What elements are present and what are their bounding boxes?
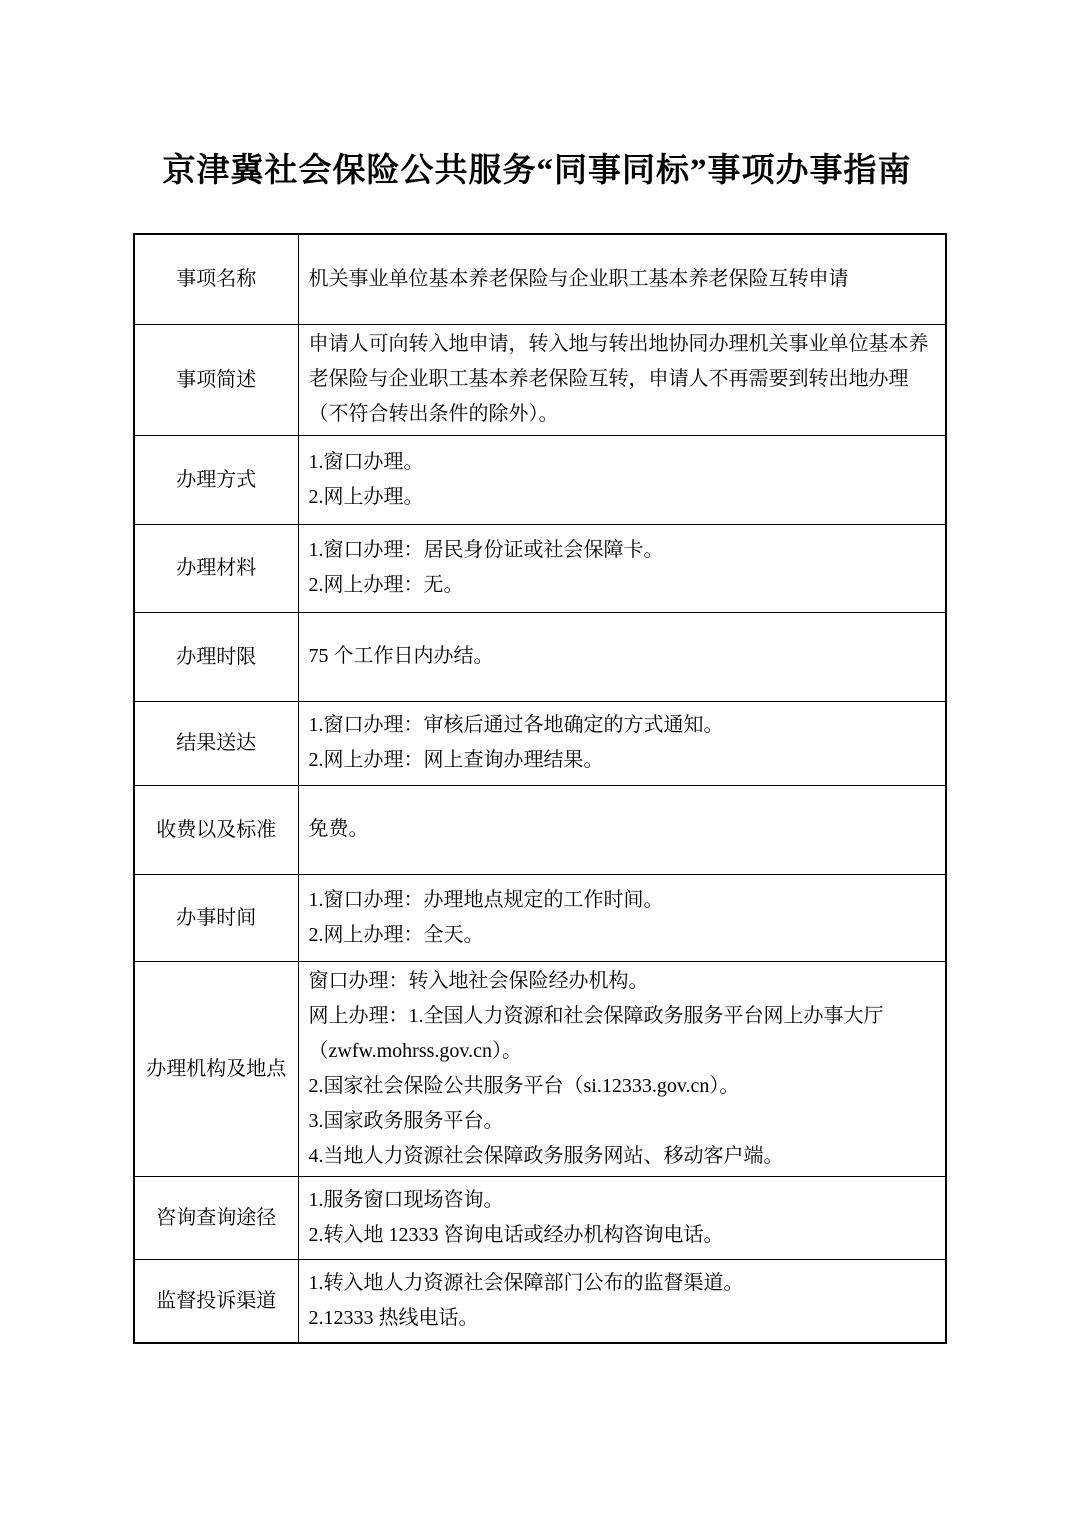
service-guide-table: 事项名称 机关事业单位基本养老保险与企业职工基本养老保险互转申请 事项简述 申请…	[133, 233, 947, 1344]
content-paragraph: 4.当地人力资源社会保障政务服务网站、移动客户端。	[309, 1139, 932, 1174]
table-row-fees-standard: 收费以及标准 免费。	[134, 785, 946, 874]
content-paragraph: 2.网上办理：全天。	[309, 918, 932, 953]
row-content: 1.窗口办理。 2.网上办理。	[298, 435, 946, 524]
row-label: 咨询查询途径	[134, 1176, 298, 1259]
content-paragraph: 网上办理：1.全国人力资源和社会保障政务服务平台网上办事大厅（zwfw.mohr…	[309, 999, 932, 1069]
content-paragraph: 2.网上办理：网上查询办理结果。	[309, 743, 932, 778]
table-row-handling-method: 办理方式 1.窗口办理。 2.网上办理。	[134, 435, 946, 524]
row-label: 办事时间	[134, 874, 298, 961]
row-content: 免费。	[298, 785, 946, 874]
table-row-agency-location: 办理机构及地点 窗口办理：转入地社会保险经办机构。 网上办理：1.全国人力资源和…	[134, 961, 946, 1176]
row-content: 1.窗口办理：审核后通过各地确定的方式通知。 2.网上办理：网上查询办理结果。	[298, 701, 946, 785]
content-paragraph: 75 个工作日内办结。	[309, 639, 932, 674]
row-label: 事项名称	[134, 234, 298, 324]
table-row-time-limit: 办理时限 75 个工作日内办结。	[134, 612, 946, 701]
content-paragraph: 申请人可向转入地申请，转入地与转出地协同办理机关事业单位基本养老保险与企业职工基…	[309, 327, 932, 432]
row-label: 办理材料	[134, 524, 298, 612]
document-page: 京津冀社会保险公共服务“同事同标”事项办事指南 事项名称 机关事业单位基本养老保…	[0, 0, 1074, 1520]
row-label: 办理方式	[134, 435, 298, 524]
content-paragraph: 1.窗口办理：居民身份证或社会保障卡。	[309, 533, 932, 568]
content-paragraph: 1.服务窗口现场咨询。	[309, 1183, 932, 1218]
table-row-result-delivery: 结果送达 1.窗口办理：审核后通过各地确定的方式通知。 2.网上办理：网上查询办…	[134, 701, 946, 785]
row-label: 办理时限	[134, 612, 298, 701]
table-row-item-summary: 事项简述 申请人可向转入地申请，转入地与转出地协同办理机关事业单位基本养老保险与…	[134, 324, 946, 435]
table-row-service-hours: 办事时间 1.窗口办理：办理地点规定的工作时间。 2.网上办理：全天。	[134, 874, 946, 961]
content-paragraph: 2.12333 热线电话。	[309, 1301, 932, 1336]
row-label: 结果送达	[134, 701, 298, 785]
content-paragraph: 2.网上办理。	[309, 480, 932, 515]
table-row-complaint-channels: 监督投诉渠道 1.转入地人力资源社会保障部门公布的监督渠道。 2.12333 热…	[134, 1259, 946, 1343]
table-row-inquiry-channels: 咨询查询途径 1.服务窗口现场咨询。 2.转入地 12333 咨询电话或经办机构…	[134, 1176, 946, 1259]
content-paragraph: 2.网上办理：无。	[309, 568, 932, 603]
table-row-item-name: 事项名称 机关事业单位基本养老保险与企业职工基本养老保险互转申请	[134, 234, 946, 324]
row-label: 监督投诉渠道	[134, 1259, 298, 1343]
row-content: 1.窗口办理：办理地点规定的工作时间。 2.网上办理：全天。	[298, 874, 946, 961]
row-label: 收费以及标准	[134, 785, 298, 874]
row-label: 事项简述	[134, 324, 298, 435]
content-paragraph: 1.窗口办理：审核后通过各地确定的方式通知。	[309, 708, 932, 743]
row-content: 申请人可向转入地申请，转入地与转出地协同办理机关事业单位基本养老保险与企业职工基…	[298, 324, 946, 435]
content-paragraph: 机关事业单位基本养老保险与企业职工基本养老保险互转申请	[309, 262, 932, 297]
content-paragraph: 1.窗口办理：办理地点规定的工作时间。	[309, 883, 932, 918]
row-content: 1.服务窗口现场咨询。 2.转入地 12333 咨询电话或经办机构咨询电话。	[298, 1176, 946, 1259]
row-label: 办理机构及地点	[134, 961, 298, 1176]
content-paragraph: 1.转入地人力资源社会保障部门公布的监督渠道。	[309, 1266, 932, 1301]
row-content: 1.转入地人力资源社会保障部门公布的监督渠道。 2.12333 热线电话。	[298, 1259, 946, 1343]
document-title: 京津冀社会保险公共服务“同事同标”事项办事指南	[0, 144, 1074, 191]
content-paragraph: 3.国家政务服务平台。	[309, 1104, 932, 1139]
content-paragraph: 2.国家社会保险公共服务平台（si.12333.gov.cn）。	[309, 1069, 932, 1104]
content-paragraph: 免费。	[309, 812, 932, 847]
content-paragraph: 2.转入地 12333 咨询电话或经办机构咨询电话。	[309, 1218, 932, 1253]
row-content: 1.窗口办理：居民身份证或社会保障卡。 2.网上办理：无。	[298, 524, 946, 612]
row-content: 75 个工作日内办结。	[298, 612, 946, 701]
row-content: 窗口办理：转入地社会保险经办机构。 网上办理：1.全国人力资源和社会保障政务服务…	[298, 961, 946, 1176]
content-paragraph: 窗口办理：转入地社会保险经办机构。	[309, 964, 932, 999]
row-content: 机关事业单位基本养老保险与企业职工基本养老保险互转申请	[298, 234, 946, 324]
table-row-handling-materials: 办理材料 1.窗口办理：居民身份证或社会保障卡。 2.网上办理：无。	[134, 524, 946, 612]
content-paragraph: 1.窗口办理。	[309, 445, 932, 480]
